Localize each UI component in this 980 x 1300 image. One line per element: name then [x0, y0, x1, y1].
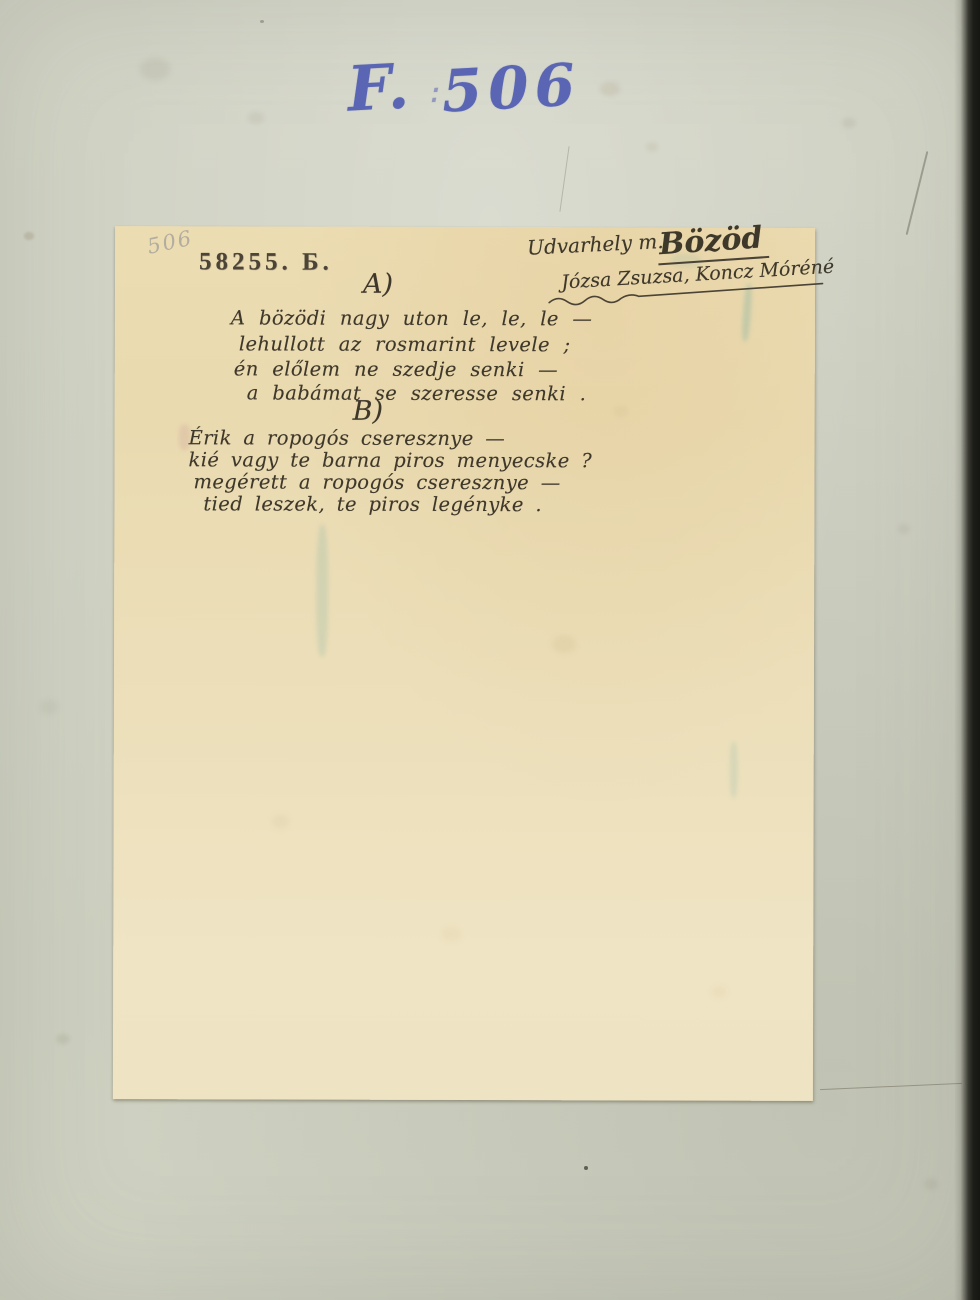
section-b-label: B)	[353, 396, 383, 427]
scanned-archive-card: F. ∶ 506 506 58255. Б. Udvarhely m. Bözö…	[0, 0, 980, 1300]
crease-mark	[906, 151, 928, 235]
inventory-code-number: 506	[440, 51, 582, 124]
song-line: megérett a ropogós cseresznye —	[193, 470, 560, 494]
ink-bleed-mark	[730, 742, 738, 798]
manuscript-sheet: 506 58255. Б. Udvarhely m. Bözöd Józsa Z…	[113, 226, 815, 1101]
stain	[24, 232, 34, 240]
foxing-spot	[441, 927, 461, 941]
crease-mark	[559, 146, 569, 211]
song-line: kié vagy te barna piros menyecske ?	[189, 448, 593, 472]
crease-mark	[820, 1083, 962, 1090]
foxing-spot	[272, 814, 290, 828]
inventory-code-blue: F. ∶ 506	[346, 38, 641, 153]
ink-bleed-mark	[316, 525, 328, 657]
section-a-label: A)	[363, 269, 393, 300]
village-annotation: Bözöd	[656, 220, 770, 265]
county-annotation: Udvarhely m.	[527, 229, 665, 260]
song-line: A bözödi nagy uton le, le, le —	[231, 306, 592, 330]
song-line: Érik a ropogós cseresznye —	[189, 426, 506, 450]
inventory-code-dots: ∶	[429, 83, 437, 109]
stain	[56, 1034, 70, 1044]
stain	[646, 142, 658, 152]
foxing-spot	[711, 986, 727, 998]
inventory-code-letter: F.	[346, 50, 413, 125]
stain	[584, 1166, 588, 1170]
song-line: a babámat se szeresse senki .	[247, 381, 587, 405]
song-line: én előlem ne szedje senki —	[234, 357, 558, 381]
pencil-number: 506	[145, 226, 195, 259]
song-line: lehullott az rosmarint levele ;	[239, 332, 571, 356]
stain	[924, 1178, 938, 1190]
accession-stamp: 58255. Б.	[199, 248, 333, 276]
song-line: tied leszek, te piros legényke .	[203, 492, 542, 516]
stain	[248, 112, 264, 124]
stain	[260, 20, 264, 23]
stain	[898, 524, 910, 534]
foxing-spot	[552, 635, 576, 653]
stain	[140, 58, 170, 80]
stain	[40, 700, 58, 714]
stain	[842, 118, 856, 128]
scan-edge-shadow	[954, 0, 980, 1300]
foxing-spot	[613, 405, 629, 417]
